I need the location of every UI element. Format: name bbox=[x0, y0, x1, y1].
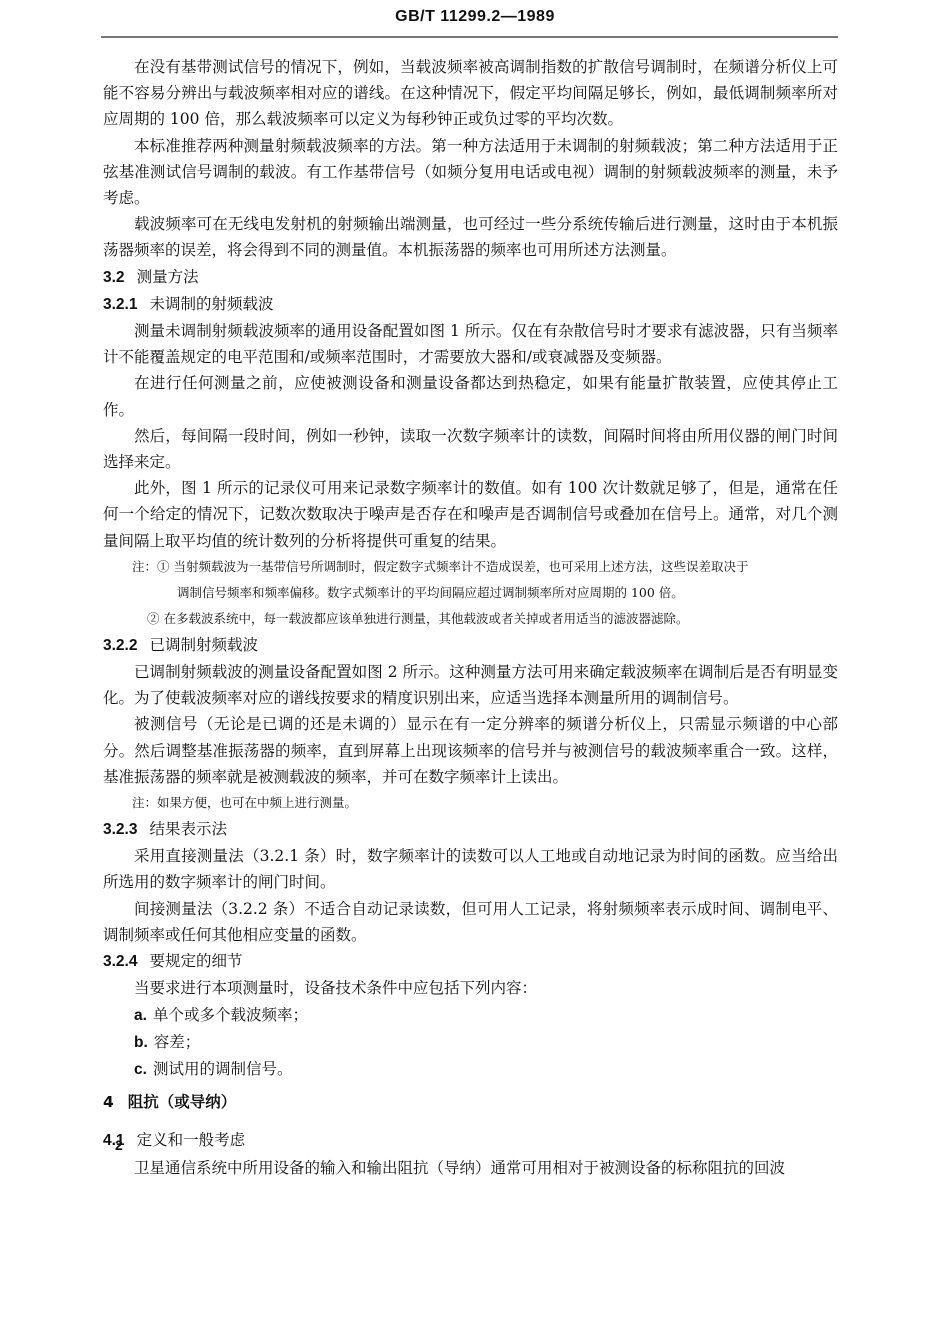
paragraph: 被测信号（无论是已调的还是未调的）显示在有一定分辨率的频谱分析仪上，只需显示频谱… bbox=[103, 711, 838, 790]
list-item: c.测试用的调制信号。 bbox=[103, 1056, 838, 1083]
document-body: 在没有基带测试信号的情况下，例如，当载波频率被高调制指数的扩散信号调制时，在频谱… bbox=[103, 54, 838, 1181]
section-heading-4: 4阻抗（或导纳） bbox=[103, 1089, 838, 1115]
section-heading-3-2-4: 3.2.4要规定的细节 bbox=[103, 948, 838, 975]
list-item: a.单个或多个载波频率； bbox=[103, 1002, 838, 1029]
note-1-continued: 调制信号频率和频率偏移。数字式频率计的平均间隔应超过调制频率所对应周期的 100… bbox=[103, 580, 838, 606]
note: 注：如果方便，也可在中频上进行测量。 bbox=[103, 790, 838, 816]
paragraph: 在没有基带测试信号的情况下，例如，当载波频率被高调制指数的扩散信号调制时，在频谱… bbox=[103, 54, 838, 133]
document-header: GB/T 11299.2—1989 bbox=[0, 8, 950, 26]
section-heading-3-2-3: 3.2.3结果表示法 bbox=[103, 816, 838, 843]
paragraph: 在进行任何测量之前，应使被测设备和测量设备都达到热稳定，如果有能量扩散装置，应使… bbox=[103, 370, 838, 422]
page-number: 2 bbox=[115, 1137, 123, 1153]
paragraph: 卫星通信系统中所用设备的输入和输出阻抗（导纳）通常可用相对于被测设备的标称阻抗的… bbox=[103, 1155, 838, 1181]
section-heading-3-2-2: 3.2.2已调制射频载波 bbox=[103, 632, 838, 659]
paragraph: 然后，每间隔一段时间，例如一秒钟，读取一次数字频率计的读数，间隔时间将由所用仪器… bbox=[103, 423, 838, 475]
note-1: 注：① 当射频载波为一基带信号所调制时，假定数字式频率计不造成误差，也可采用上述… bbox=[103, 554, 838, 580]
section-heading-4-1: 4.1定义和一般考虑 bbox=[103, 1127, 838, 1154]
note-2: ② 在多载波系统中，每一载波都应该单独进行测量，其他载波或者关掉或者用适当的滤波… bbox=[103, 606, 838, 632]
header-rule bbox=[101, 36, 838, 38]
list-item: b.容差； bbox=[103, 1029, 838, 1056]
section-heading-3-2: 3.2测量方法 bbox=[103, 264, 838, 291]
paragraph: 采用直接测量法（3.2.1 条）时，数字频率计的读数可以人工地或自动地记录为时间… bbox=[103, 843, 838, 895]
section-heading-3-2-1: 3.2.1未调制的射频载波 bbox=[103, 291, 838, 318]
paragraph: 载波频率可在无线电发射机的射频输出端测量，也可经过一些分系统传输后进行测量，这时… bbox=[103, 211, 838, 263]
paragraph: 此外，图 1 所示的记录仪可用来记录数字频率计的数值。如有 100 次计数就足够… bbox=[103, 475, 838, 554]
paragraph: 本标准推荐两种测量射频载波频率的方法。第一种方法适用于未调制的射频载波；第二种方… bbox=[103, 133, 838, 212]
paragraph: 已调制射频载波的测量设备配置如图 2 所示。这种测量方法可用来确定载波频率在调制… bbox=[103, 659, 838, 711]
paragraph: 间接测量法（3.2.2 条）不适合自动记录读数，但可用人工记录，将射频频率表示成… bbox=[103, 896, 838, 948]
paragraph: 当要求进行本项测量时，设备技术条件中应包括下列内容： bbox=[103, 975, 838, 1001]
paragraph: 测量未调制射频载波频率的通用设备配置如图 1 所示。仅在有杂散信号时才要求有滤波… bbox=[103, 318, 838, 370]
